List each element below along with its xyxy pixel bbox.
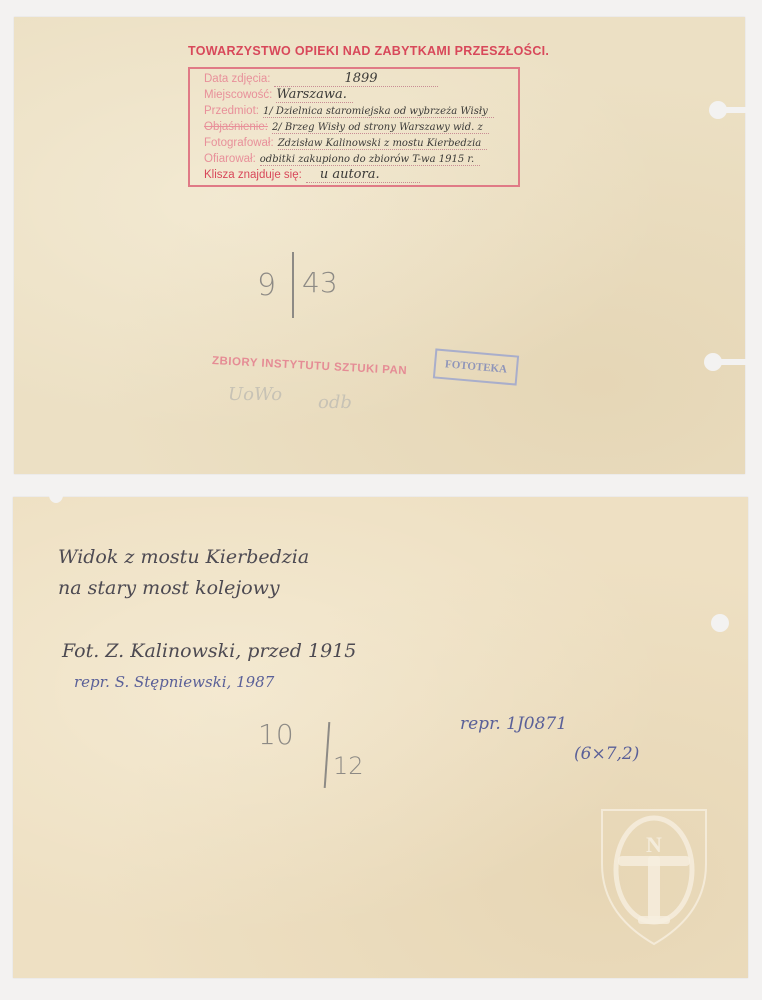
field-label: Przedmiot: <box>204 105 259 117</box>
field-value: 1899 <box>274 71 437 87</box>
reproduction-number: repr. 1J0871 <box>460 714 567 734</box>
field-label: Klisza znajduje się: <box>204 169 302 181</box>
field-donor: Ofiarował:odbitki zakupiono do zbiorów T… <box>204 152 480 166</box>
punch-hole <box>711 614 729 632</box>
caption-line-1: Widok z mostu Kierbedzia <box>58 546 309 568</box>
field-subject: Przedmiot:1/ Dzielnica staromiejska od w… <box>204 104 494 118</box>
faint-pencil-note: UoWo <box>228 384 282 405</box>
field-place: Miejscowość:Warszawa. <box>204 88 353 102</box>
print-dimensions: (6×7,2) <box>574 744 639 764</box>
field-date: Data zdjęcia:1899 <box>204 72 438 86</box>
field-value: Zdzisław Kalinowski z mostu Kierbedzia <box>278 138 488 150</box>
field-value: 1/ Dzielnica staromiejska od wybrzeża Wi… <box>263 106 494 118</box>
pencil-number-right: 12 <box>333 752 364 780</box>
caption-line-2: na stary most kolejowy <box>58 577 280 599</box>
pencil-number-left: 10 <box>258 718 294 751</box>
pencil-number-right: 43 <box>302 266 338 299</box>
field-value: u autora. <box>306 167 420 183</box>
punch-hole-tear <box>718 359 746 365</box>
pencil-number-left: 9 <box>257 268 276 303</box>
field-label: Miejscowość: <box>204 89 272 101</box>
corner-tear <box>49 487 63 503</box>
field-label: Data zdjęcia: <box>204 73 270 85</box>
field-value: odbitki zakupiono do zbiorów T-wa 1915 r… <box>260 154 480 166</box>
photo-record-stamp: Data zdjęcia:1899 Miejscowość:Warszawa. … <box>188 67 520 187</box>
field-label: Objaśnienie: <box>204 121 268 133</box>
svg-text:N: N <box>646 832 662 857</box>
reproduction-credit: repr. S. Stępniewski, 1987 <box>74 673 274 691</box>
punch-hole-tear <box>724 107 746 113</box>
ntzp-watermark-icon: N <box>596 804 712 946</box>
photographer-credit: Fot. Z. Kalinowski, przed 1915 <box>62 640 356 662</box>
faint-pencil-note: odb <box>318 392 352 413</box>
field-value: 2/ Brzeg Wisły od strony Warszawy wid. z <box>272 122 489 134</box>
pencil-divider <box>292 252 294 318</box>
field-negative-location: Klisza znajduje się:u autora. <box>204 168 420 182</box>
field-label: Fotografował: <box>204 137 274 149</box>
society-stamp-title: TOWARZYSTWO OPIEKI NAD ZABYTKAMI PRZESZŁ… <box>188 44 549 58</box>
field-explanation: Objaśnienie:2/ Brzeg Wisły od strony War… <box>204 120 489 134</box>
field-label: Ofiarował: <box>204 153 256 165</box>
field-value: Warszawa. <box>276 87 352 103</box>
field-photographer: Fotografował:Zdzisław Kalinowski z mostu… <box>204 136 487 150</box>
